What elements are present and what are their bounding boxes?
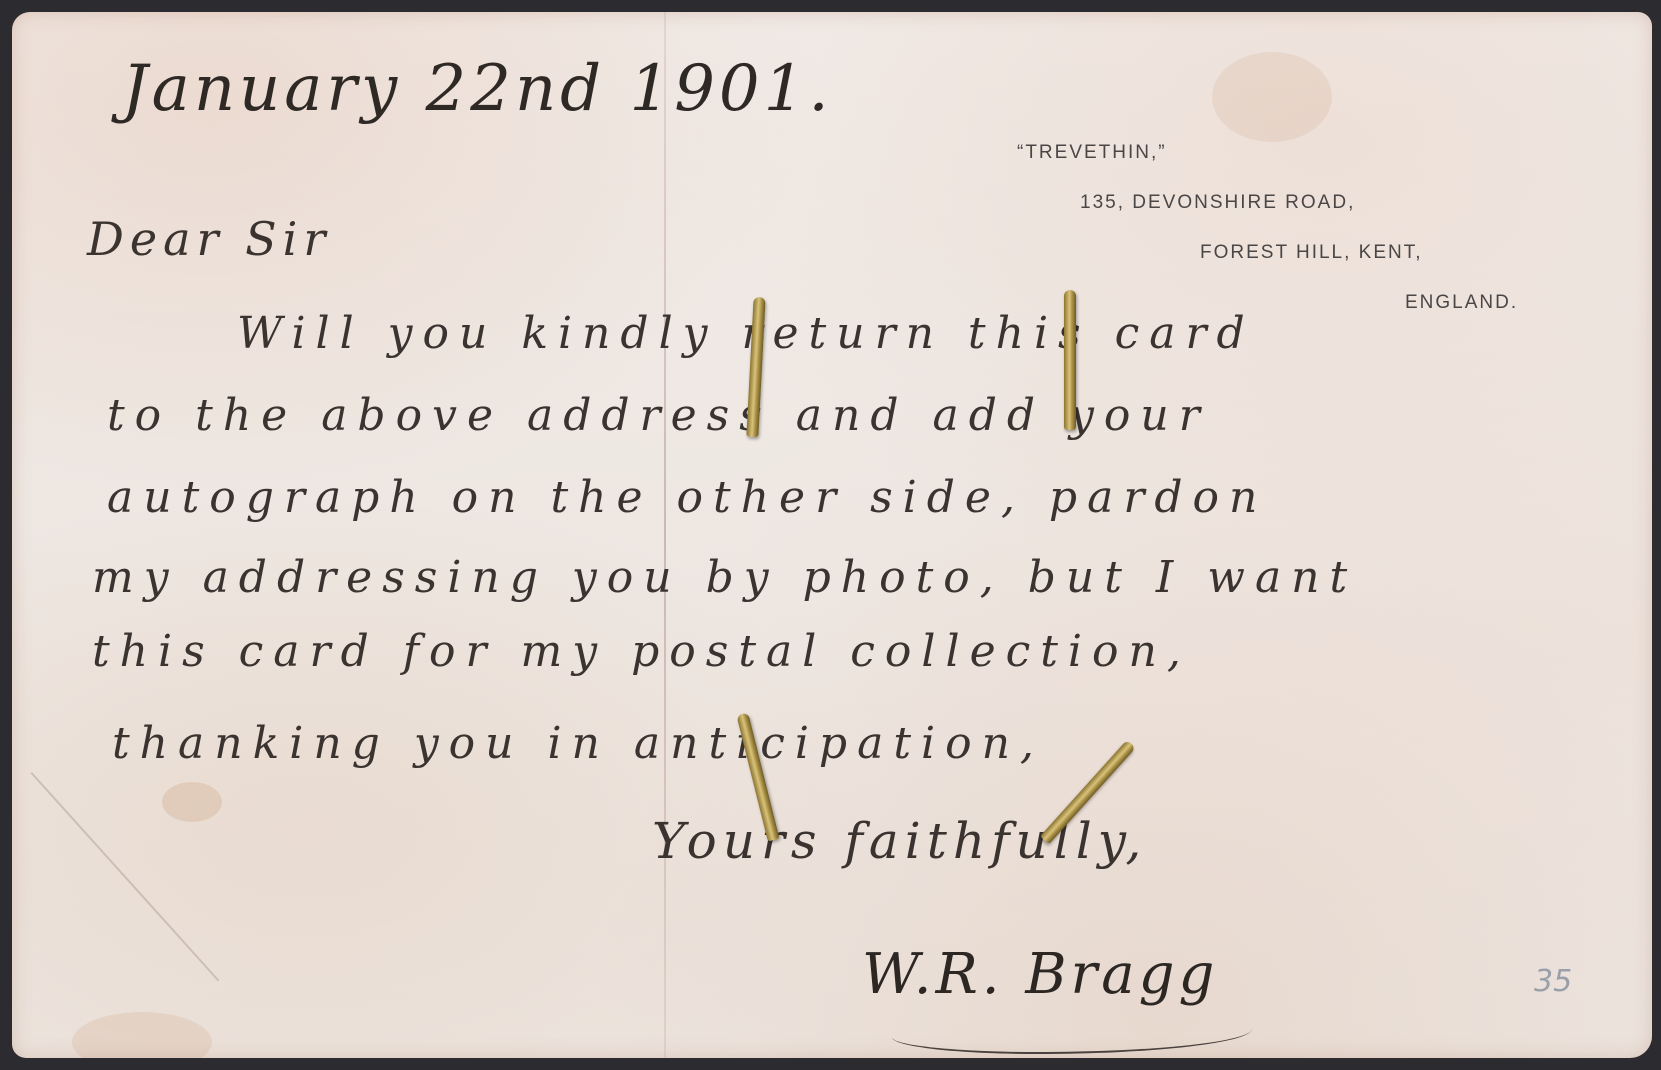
foxing-spot	[162, 782, 222, 822]
body-line: this card for my postal collection,	[92, 626, 1191, 677]
signature: W.R. Bragg	[862, 942, 1218, 1007]
body-line: thanking you in anticipation,	[112, 718, 1044, 769]
printed-street: 135, DEVONSHIRE ROAD,	[1080, 192, 1355, 214]
pencil-note: 35	[1534, 964, 1572, 999]
signature-flourish	[892, 1012, 1252, 1054]
center-fold-crease	[664, 12, 666, 1058]
greeting: Dear Sir	[87, 212, 331, 266]
postcard: January 22nd 1901. “TREVETHIN,” 135, DEV…	[12, 12, 1652, 1058]
brass-fastener-icon	[1064, 290, 1076, 430]
body-line: autograph on the other side, pardon	[107, 472, 1267, 523]
body-line: to the above address and add your	[107, 390, 1210, 441]
foxing-spot	[1212, 52, 1332, 142]
printed-town: FOREST HILL, KENT,	[1200, 242, 1423, 264]
handwritten-date: January 22nd 1901.	[122, 52, 833, 126]
printed-house-name: “TREVETHIN,”	[1017, 142, 1167, 164]
body-line: my addressing you by photo, but I want	[92, 552, 1357, 603]
body-line: Will you kindly return this card	[237, 308, 1255, 359]
closing: Yours faithfully,	[652, 812, 1147, 870]
foxing-spot	[72, 1012, 212, 1058]
printed-country: ENGLAND.	[1405, 292, 1518, 314]
